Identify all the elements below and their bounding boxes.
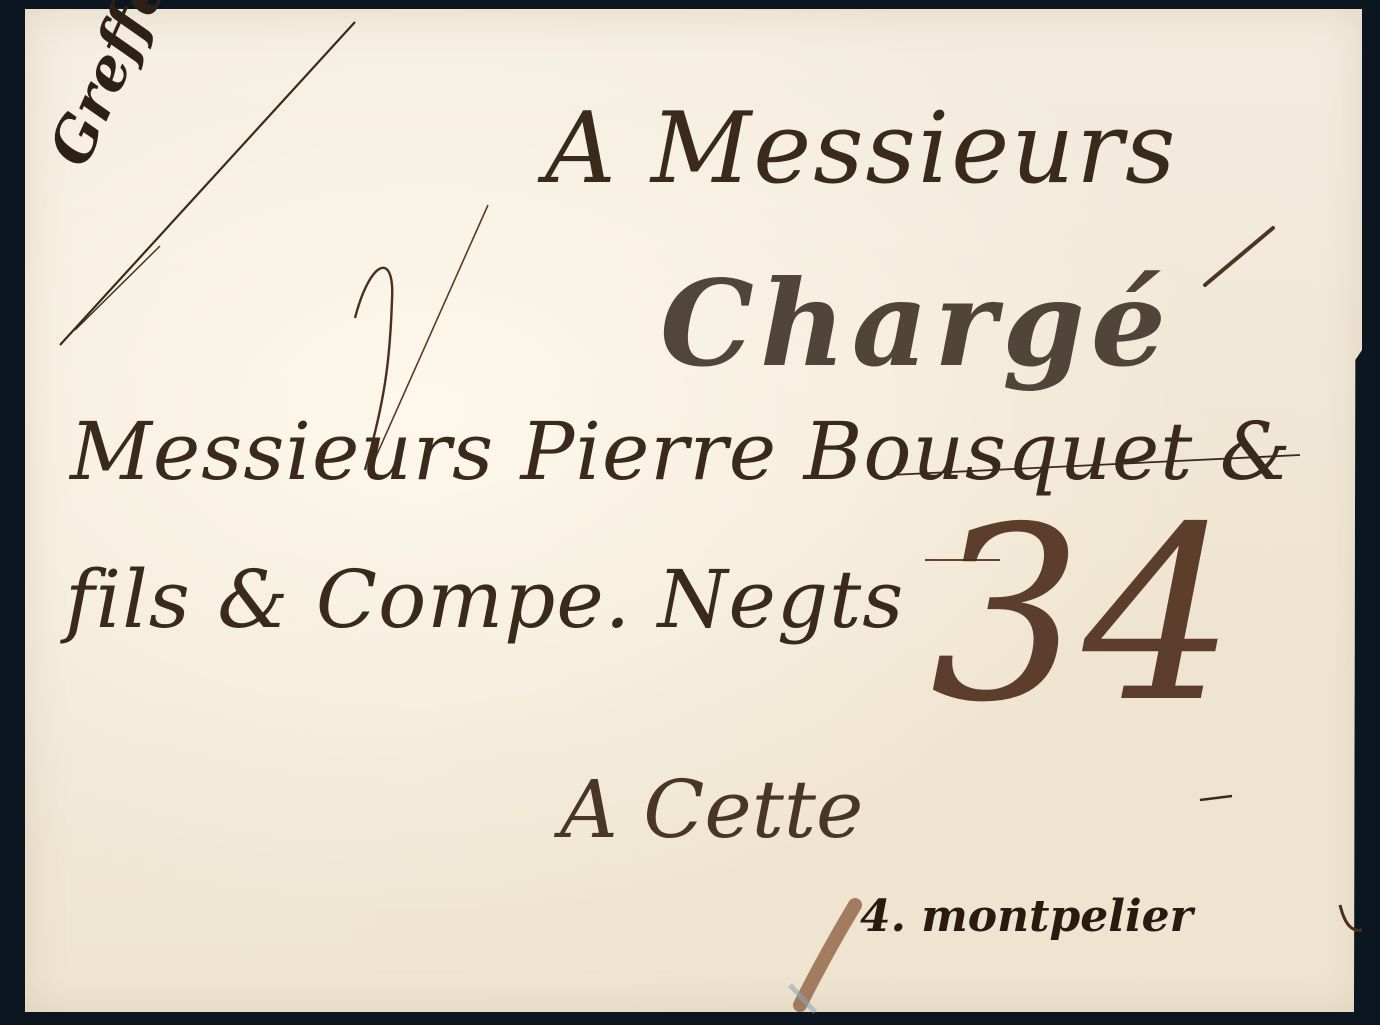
route-mark: 4. montpelier	[860, 895, 1193, 939]
destination: A Cette	[560, 770, 863, 850]
postal-rate-mark: 34	[930, 495, 1235, 735]
salutation: A Messieurs	[545, 100, 1177, 198]
registered-mark-charge: Chargé	[660, 265, 1172, 383]
address-line-2: fils & Compe. Negts	[65, 560, 904, 640]
